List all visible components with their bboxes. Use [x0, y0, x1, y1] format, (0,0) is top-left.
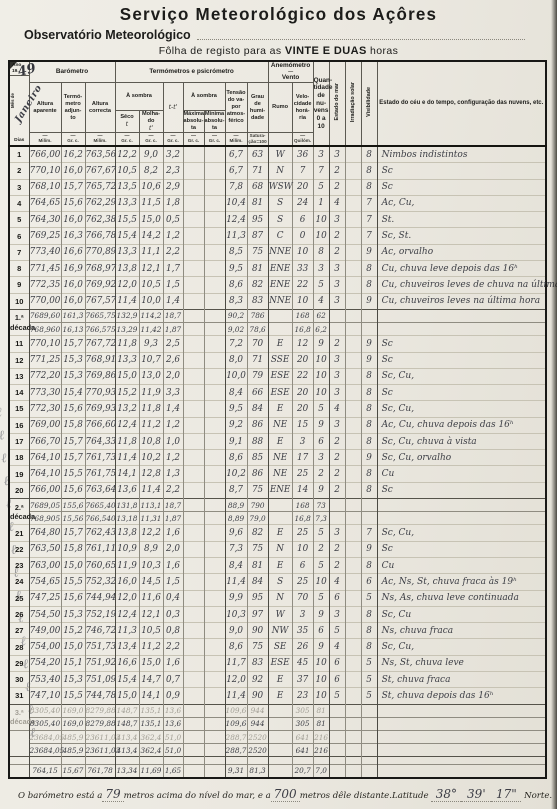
sum-adj: 169,0	[61, 704, 85, 717]
cell-tt: 2,2	[163, 639, 183, 655]
cell-dia: 19	[9, 466, 29, 482]
cell-ceu: Sc	[377, 336, 546, 352]
cell-tt: 1,2	[163, 450, 183, 466]
cell-dia: 28	[9, 639, 29, 655]
cell-tt: 0,9	[163, 688, 183, 704]
sum-vis	[361, 744, 377, 757]
cell-adj: 15,6	[61, 482, 85, 498]
sum-tt: 18,7	[163, 309, 183, 322]
latitude-degrees: 38°	[431, 787, 461, 802]
spacer-max	[183, 757, 204, 764]
cell-molh: 11,2	[139, 417, 163, 433]
cell-grau: 95	[247, 212, 268, 228]
cell-mar: 2	[329, 558, 345, 574]
cell-mar: 2	[329, 433, 345, 449]
cell-irr	[345, 482, 361, 498]
cell-rumo: NE	[268, 417, 292, 433]
sum-grau: 786	[247, 309, 268, 322]
cell-ap: 772,20	[29, 368, 61, 384]
sum-max	[183, 731, 204, 744]
cell-vis: 8	[361, 417, 377, 433]
sum-mar	[329, 704, 345, 717]
cell-irr	[345, 688, 361, 704]
sum-irr	[345, 704, 361, 717]
cell-rumo: ENE	[268, 482, 292, 498]
sum-tens: 8,89	[225, 512, 247, 525]
cell-rumo: SSE	[268, 352, 292, 368]
sum-vis	[361, 499, 377, 512]
cell-mar: 3	[329, 146, 345, 163]
cell-min	[204, 574, 225, 590]
cell-grau: 66	[247, 385, 268, 401]
cell-seco: 16,0	[115, 574, 139, 590]
sum-seco: 13,18	[115, 512, 139, 525]
cell-rumo: ESE	[268, 655, 292, 671]
cell-grau: 81	[247, 558, 268, 574]
cell-tens: 10,0	[225, 368, 247, 384]
cell-dia: 30	[9, 672, 29, 688]
cell-adj: 15,3	[61, 672, 85, 688]
sum-ap: 7689,05	[29, 499, 61, 512]
sum-ap: 764,15	[29, 764, 61, 778]
cell-vel: 45	[292, 655, 313, 671]
cell-ceu: Sc	[377, 541, 546, 557]
cell-min	[204, 433, 225, 449]
sum-row: 768,90515,56766,54013,1811,311,878,8979,…	[9, 512, 546, 525]
cell-mar: 2	[329, 466, 345, 482]
cell-grau: 90	[247, 688, 268, 704]
cell-adj: 15,6	[61, 195, 85, 211]
cell-tt: 3,3	[163, 385, 183, 401]
cell-vis: 5	[361, 590, 377, 606]
sum-seco: 413,4	[115, 744, 139, 757]
cell-vis: 5	[361, 655, 377, 671]
cell-dia: 20	[9, 482, 29, 498]
cell-vel: 22	[292, 277, 313, 293]
sum-vis	[361, 764, 377, 778]
day-row: 17766,7015,7764,3311,810,81,09,188E3628S…	[9, 433, 546, 449]
cell-vel: 20	[292, 385, 313, 401]
cell-vel: 20	[292, 179, 313, 195]
cell-grau: 68	[247, 179, 268, 195]
cell-ceu: Cu	[377, 466, 546, 482]
cell-min	[204, 179, 225, 195]
sum-mar	[329, 744, 345, 757]
cell-irr	[345, 244, 361, 260]
sum-ap: 8305,40	[29, 704, 61, 717]
cell-nuv: 3	[313, 450, 329, 466]
cell-nuv: 10	[313, 228, 329, 244]
sum-row: 1.ª década7689,60161,37665,75132,9114,21…	[9, 309, 546, 322]
sum-nuv: 216	[313, 731, 329, 744]
cell-adj: 15,1	[61, 655, 85, 671]
cell-ceu: St, chuva depois das 16ʰ	[377, 688, 546, 704]
col-solar-irradiation: Irradiação solar	[345, 61, 361, 146]
cell-tens: 8,0	[225, 352, 247, 368]
cell-grau: 92	[247, 672, 268, 688]
cell-corr: 760,65	[85, 558, 115, 574]
cell-mar: 3	[329, 385, 345, 401]
cell-ap: 763,50	[29, 541, 61, 557]
days-label: Dias	[10, 138, 29, 144]
cell-corr: 767,57	[85, 293, 115, 309]
sum-adj: 485,9	[61, 731, 85, 744]
cell-grau: 75	[247, 541, 268, 557]
unit-tension: —Milím.	[225, 133, 247, 146]
cell-ap: 769,00	[29, 417, 61, 433]
cell-ceu: Ac, orvalho	[377, 244, 546, 260]
day-row: 18764,1015,7761,7311,410,21,28,685NE1732…	[9, 450, 546, 466]
cell-seco: 13,5	[115, 179, 139, 195]
sum-vel: 20,7	[292, 764, 313, 778]
cell-corr: 763,64	[85, 482, 115, 498]
cell-ap: 770,00	[29, 293, 61, 309]
sum-grau: 78,6	[247, 323, 268, 336]
cell-seco: 15,0	[115, 688, 139, 704]
sum-adj: 155,6	[61, 499, 85, 512]
sum-mar	[329, 512, 345, 525]
cell-nuv: 8	[313, 244, 329, 260]
sum-max	[183, 744, 204, 757]
cell-tt: 0,3	[163, 606, 183, 622]
sum-vel: 305	[292, 717, 313, 730]
day-row: 28754,0015,0751,7313,411,22,28,675SE2694…	[9, 639, 546, 655]
cell-tens: 6,7	[225, 146, 247, 163]
sum-ceu	[377, 704, 546, 717]
cell-irr	[345, 228, 361, 244]
cell-vis: 8	[361, 179, 377, 195]
sum-seco: 148,7	[115, 717, 139, 730]
cell-vel: 12	[292, 336, 313, 352]
cell-ap: 754,00	[29, 639, 61, 655]
cell-dia: 11	[9, 336, 29, 352]
cell-ceu: Ns, chuva fraca	[377, 623, 546, 639]
sum-mar	[329, 499, 345, 512]
cell-irr	[345, 558, 361, 574]
cell-dia: 22	[9, 541, 29, 557]
cell-grau: 87	[247, 228, 268, 244]
cell-irr	[345, 260, 361, 276]
cell-rumo: S	[268, 212, 292, 228]
cell-nuv: 10	[313, 574, 329, 590]
spacer-molh	[139, 757, 163, 764]
cell-mar: 2	[329, 179, 345, 195]
cell-grau: 71	[247, 352, 268, 368]
sum-mar	[329, 717, 345, 730]
cell-tens: 10,4	[225, 195, 247, 211]
cell-molh: 11,6	[139, 590, 163, 606]
cell-tt: 1,2	[163, 417, 183, 433]
cell-tens: 8,4	[225, 385, 247, 401]
sum-rumo	[268, 499, 292, 512]
sum-ap: 7689,60	[29, 309, 61, 322]
sum-irr	[345, 309, 361, 322]
day-row: 24754,6515,5752,3216,014,51,511,484S2510…	[9, 574, 546, 590]
cell-nuv: 2	[313, 466, 329, 482]
cell-irr	[345, 639, 361, 655]
cell-ceu: Cu, chuveiros leves na última hora	[377, 293, 546, 309]
cell-irr	[345, 352, 361, 368]
group-in-shade-1: À sombra	[115, 83, 163, 111]
cell-vel: 10	[292, 244, 313, 260]
cell-corr: 764,33	[85, 433, 115, 449]
cell-vel: 33	[292, 260, 313, 276]
cell-irr	[345, 293, 361, 309]
cell-molh: 14,1	[139, 688, 163, 704]
cell-corr: 761,73	[85, 450, 115, 466]
sum-tt: 18,7	[163, 499, 183, 512]
sum-nuv: 73	[313, 499, 329, 512]
cell-max	[183, 450, 204, 466]
spacer-nuv	[313, 757, 329, 764]
cell-irr	[345, 672, 361, 688]
cell-molh: 10,5	[139, 277, 163, 293]
cell-adj: 16,3	[61, 228, 85, 244]
cell-max	[183, 688, 204, 704]
col-wind-speed: Velo- cidade horá- ria	[292, 83, 313, 133]
cell-min	[204, 293, 225, 309]
day-row: 1766,0016,2763,5612,29,03,26,763W36338Ni…	[9, 146, 546, 163]
cell-vel: 3	[292, 433, 313, 449]
cell-ap: 769,25	[29, 228, 61, 244]
cell-nuv: 9	[313, 482, 329, 498]
cell-seco: 13,4	[115, 639, 139, 655]
col-min-absolute: Mínima absolu- ta	[204, 111, 225, 133]
cell-ap: 763,00	[29, 558, 61, 574]
cell-max	[183, 558, 204, 574]
cell-ceu: Sc	[377, 163, 546, 179]
sum-tens: 88,9	[225, 499, 247, 512]
cell-ap: 772,35	[29, 277, 61, 293]
cell-mar: 5	[329, 623, 345, 639]
cell-ceu: Sc	[377, 352, 546, 368]
sum-vel: 168	[292, 309, 313, 322]
cell-ceu: Sc, St.	[377, 228, 546, 244]
cell-tens: 12,0	[225, 672, 247, 688]
masthead: Serviço Meteorológico dos Açôres Observa…	[0, 0, 557, 57]
cell-dia: 21	[9, 525, 29, 541]
cell-tt: 3,2	[163, 146, 183, 163]
sum-ceu	[377, 764, 546, 778]
cell-rumo: ENE	[268, 260, 292, 276]
cell-nuv: 3	[313, 260, 329, 276]
cell-mar: 2	[329, 541, 345, 557]
cell-dia: 9	[9, 277, 29, 293]
cell-grau: 75	[247, 482, 268, 498]
footer-pre: O barómetro está a	[18, 791, 102, 801]
sum-corr: 7665,75	[85, 309, 115, 322]
cell-mar: 3	[329, 212, 345, 228]
sum-row: 2.ª década7689,05155,67665,40131,8113,11…	[9, 499, 546, 512]
cell-grau: 79	[247, 368, 268, 384]
cell-seco: 13,3	[115, 195, 139, 211]
cell-adj: 15,7	[61, 336, 85, 352]
cell-min	[204, 277, 225, 293]
cell-ap: 764,10	[29, 466, 61, 482]
cell-corr: 766,78	[85, 228, 115, 244]
sum-vis	[361, 704, 377, 717]
cell-grau: 71	[247, 163, 268, 179]
sum-min	[204, 499, 225, 512]
cell-nuv: 10	[313, 352, 329, 368]
cell-seco: 10,5	[115, 163, 139, 179]
cell-ceu: Ac, Cu,	[377, 195, 546, 211]
cell-mar: 2	[329, 450, 345, 466]
sum-nuv: 7,3	[313, 512, 329, 525]
cell-max	[183, 163, 204, 179]
service-title: Serviço Meteorológico dos Açôres	[0, 5, 557, 26]
cell-min	[204, 558, 225, 574]
cell-tens: 10,3	[225, 606, 247, 622]
cell-seco: 11,4	[115, 450, 139, 466]
cell-rumo: E	[268, 433, 292, 449]
cell-rumo: ESE	[268, 385, 292, 401]
sum-ceu	[377, 717, 546, 730]
sum-seco: 148,7	[115, 704, 139, 717]
cell-adj: 15,4	[61, 385, 85, 401]
cell-corr: 752,32	[85, 574, 115, 590]
col-humidity-degree: Grau de humi- dade	[247, 83, 268, 133]
cell-nuv: 10	[313, 385, 329, 401]
sum-molh: 362,4	[139, 731, 163, 744]
day-row: 7773,4016,6770,8913,311,12,28,575NNE1082…	[9, 244, 546, 260]
sum-tt: 51,0	[163, 731, 183, 744]
cell-max	[183, 574, 204, 590]
sum-molh: 135,1	[139, 704, 163, 717]
cell-tens: 9,5	[225, 401, 247, 417]
cell-ap: 754,20	[29, 655, 61, 671]
cell-irr	[345, 466, 361, 482]
group-barometer: Barómetro	[29, 61, 115, 83]
cell-rumo: C	[268, 228, 292, 244]
sum-irr	[345, 764, 361, 778]
cell-molh: 10,5	[139, 623, 163, 639]
sum-vel: 16,8	[292, 512, 313, 525]
cell-max	[183, 655, 204, 671]
cell-nuv: 5	[313, 558, 329, 574]
cell-dia: 31	[9, 688, 29, 704]
margin-squiggle: ℓ	[0, 332, 2, 356]
cell-vel: 24	[292, 195, 313, 211]
cell-dia: 16	[9, 417, 29, 433]
cell-ceu: Sc	[377, 179, 546, 195]
cell-grau: 86	[247, 417, 268, 433]
cell-irr	[345, 623, 361, 639]
decade-label: 3.ª década	[9, 704, 29, 730]
cell-seco: 15,2	[115, 385, 139, 401]
cell-adj: 15,3	[61, 368, 85, 384]
cell-tt: 2,0	[163, 541, 183, 557]
cell-max	[183, 433, 204, 449]
col-clouds-quantity: Quan- tidade de nu- vens 0 a 10	[313, 61, 329, 146]
cell-molh: 11,2	[139, 639, 163, 655]
cell-seco: 13,3	[115, 244, 139, 260]
cell-vel: 20	[292, 352, 313, 368]
cell-tt: 1,0	[163, 433, 183, 449]
cell-irr	[345, 525, 361, 541]
cell-adj: 15,7	[61, 179, 85, 195]
cell-max	[183, 352, 204, 368]
cell-tt: 1,5	[163, 574, 183, 590]
cell-max	[183, 228, 204, 244]
cell-vis: 9	[361, 450, 377, 466]
cell-ceu: Sc, Cu,	[377, 639, 546, 655]
cell-dia: 4	[9, 195, 29, 211]
cell-max	[183, 672, 204, 688]
sum-adj: 16,13	[61, 323, 85, 336]
sum-vis	[361, 512, 377, 525]
cell-rumo: E	[268, 688, 292, 704]
cell-vel: 22	[292, 368, 313, 384]
wind-label: Vento	[269, 74, 313, 82]
cell-corr: 761,75	[85, 466, 115, 482]
cell-tt: 1,8	[163, 195, 183, 211]
cell-adj: 15,6	[61, 401, 85, 417]
cell-tens: 8,6	[225, 450, 247, 466]
spacer-seco	[115, 757, 139, 764]
cell-corr: 769,86	[85, 368, 115, 384]
sum-rumo	[268, 309, 292, 322]
cell-nuv: 5	[313, 525, 329, 541]
cell-rumo: N	[268, 163, 292, 179]
sum-ceu	[377, 323, 546, 336]
cell-dia: 14	[9, 385, 29, 401]
cell-vis: 8	[361, 606, 377, 622]
cell-tens: 7,8	[225, 179, 247, 195]
cell-grau: 90	[247, 623, 268, 639]
cell-tens: 7,2	[225, 336, 247, 352]
day-row: 2770,1016,0767,6710,58,22,36,771N7728Sc	[9, 163, 546, 179]
day-row: 8771,4516,9768,9713,812,11,79,581ENE3333…	[9, 260, 546, 276]
sum-seco: 131,8	[115, 499, 139, 512]
cell-max	[183, 244, 204, 260]
sum-vis	[361, 731, 377, 744]
cell-irr	[345, 590, 361, 606]
decade-label: 2.ª década	[9, 499, 29, 525]
cell-mar: 2	[329, 163, 345, 179]
cell-molh: 15,0	[139, 212, 163, 228]
cell-min	[204, 368, 225, 384]
cell-vel: 36	[292, 146, 313, 163]
sum-tt: 1,87	[163, 323, 183, 336]
cell-dia: 18	[9, 450, 29, 466]
spacer-rumo	[268, 757, 292, 764]
cell-vis: 7	[361, 525, 377, 541]
sum-grau: 944	[247, 717, 268, 730]
scanned-register-sheet: Serviço Meteorológico dos Açôres Observa…	[0, 0, 557, 809]
cell-ceu: Cu, chuveiros leves de chuva na última h…	[377, 277, 546, 293]
cell-min	[204, 146, 225, 163]
cell-rumo: S	[268, 195, 292, 211]
cell-seco: 12,2	[115, 146, 139, 163]
sum-ceu	[377, 499, 546, 512]
sum-corr: 23611,03	[85, 744, 115, 757]
sum-rumo	[268, 323, 292, 336]
cell-molh: 14,5	[139, 574, 163, 590]
sum-irr	[345, 731, 361, 744]
cell-vel: 26	[292, 639, 313, 655]
cell-max	[183, 336, 204, 352]
cell-ap: 770,10	[29, 163, 61, 179]
cell-vis: 6	[361, 574, 377, 590]
sum-adj: 15,67	[61, 764, 85, 778]
sum-mar	[329, 323, 345, 336]
sum-tens: 109,6	[225, 717, 247, 730]
cell-adj: 15,2	[61, 623, 85, 639]
sum-min	[204, 717, 225, 730]
corner-cell: Ano 19.. 49 Mês de Janeiro Dias	[9, 61, 29, 146]
sum-molh: 135,1	[139, 717, 163, 730]
